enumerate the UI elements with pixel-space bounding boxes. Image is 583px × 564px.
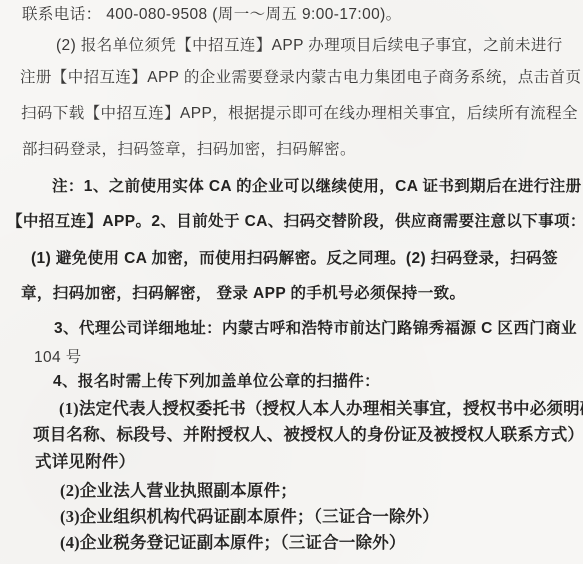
upload-requirements-heading: 4、报名时需上传下列加盖单位公章的扫描件： [53,372,380,391]
item2-registration-line-3: 扫码下载【中招互连】APP，根据提示即可在线办理相关事宜，后续所有流程全 [21,104,578,123]
item2-registration-line-4: 部扫码登录，扫码签章，扫码加密，扫码解密。 [22,140,356,159]
requirement-2-line: (2)企业法人营业执照副本原件； [60,481,297,502]
note-items-line-2: 章，扫码加密，扫码解密， 登录 APP 的手机号必须保持一致。 [21,284,465,303]
requirement-4-line: (4)企业税务登记证副本原件；（三证合一除外） [60,533,406,554]
agency-address-line-1: 3、代理公司详细地址：内蒙古呼和浩特市前达门路锦秀福源 C 区西门商业 [54,319,577,338]
requirement-1-line-3: 式详见附件） [35,452,135,473]
note-items-line-1: (1) 避免使用 CA 加密，而使用扫码解密。反之同理。(2) 扫码登录，扫码签 [31,249,558,268]
note-ca-line-1: 注：1、之前使用实体 CA 的企业可以继续使用，CA 证书到期后在进行注册 [52,177,581,196]
requirement-1-line-1: (1)法定代表人授权委托书（授权人本人办理相关事宜，授权书中必须明确 [59,399,583,420]
item2-registration-line-1: (2) 报名单位须凭【中招互连】APP 办理项目后续电子事宜，之前未进行 [56,36,563,55]
item2-registration-line-2: 注册【中招互连】APP 的企业需要登录内蒙古电力集团电子商务系统，点击首页 [20,68,581,87]
requirement-1-line-2: 项目名称、标段号、并附授权人、被授权人的身份证及被授权人联系方式）;（格 [33,425,583,446]
note-ca-line-2: 【中招互连】APP。2、目前处于 CA、扫码交替阶段，供应商需要注意以下事项： [7,212,583,231]
requirement-3-line: (3)企业组织机构代码证副本原件；（三证合一除外） [60,507,439,528]
agency-address-line-2: 104 号 [34,348,82,367]
contact-phone-line: 联系电话： 400-080-9508 (周一～周五 9:00-17:00)。 [22,5,402,24]
scanned-document-page: 联系电话： 400-080-9508 (周一～周五 9:00-17:00)。 (… [0,0,583,564]
